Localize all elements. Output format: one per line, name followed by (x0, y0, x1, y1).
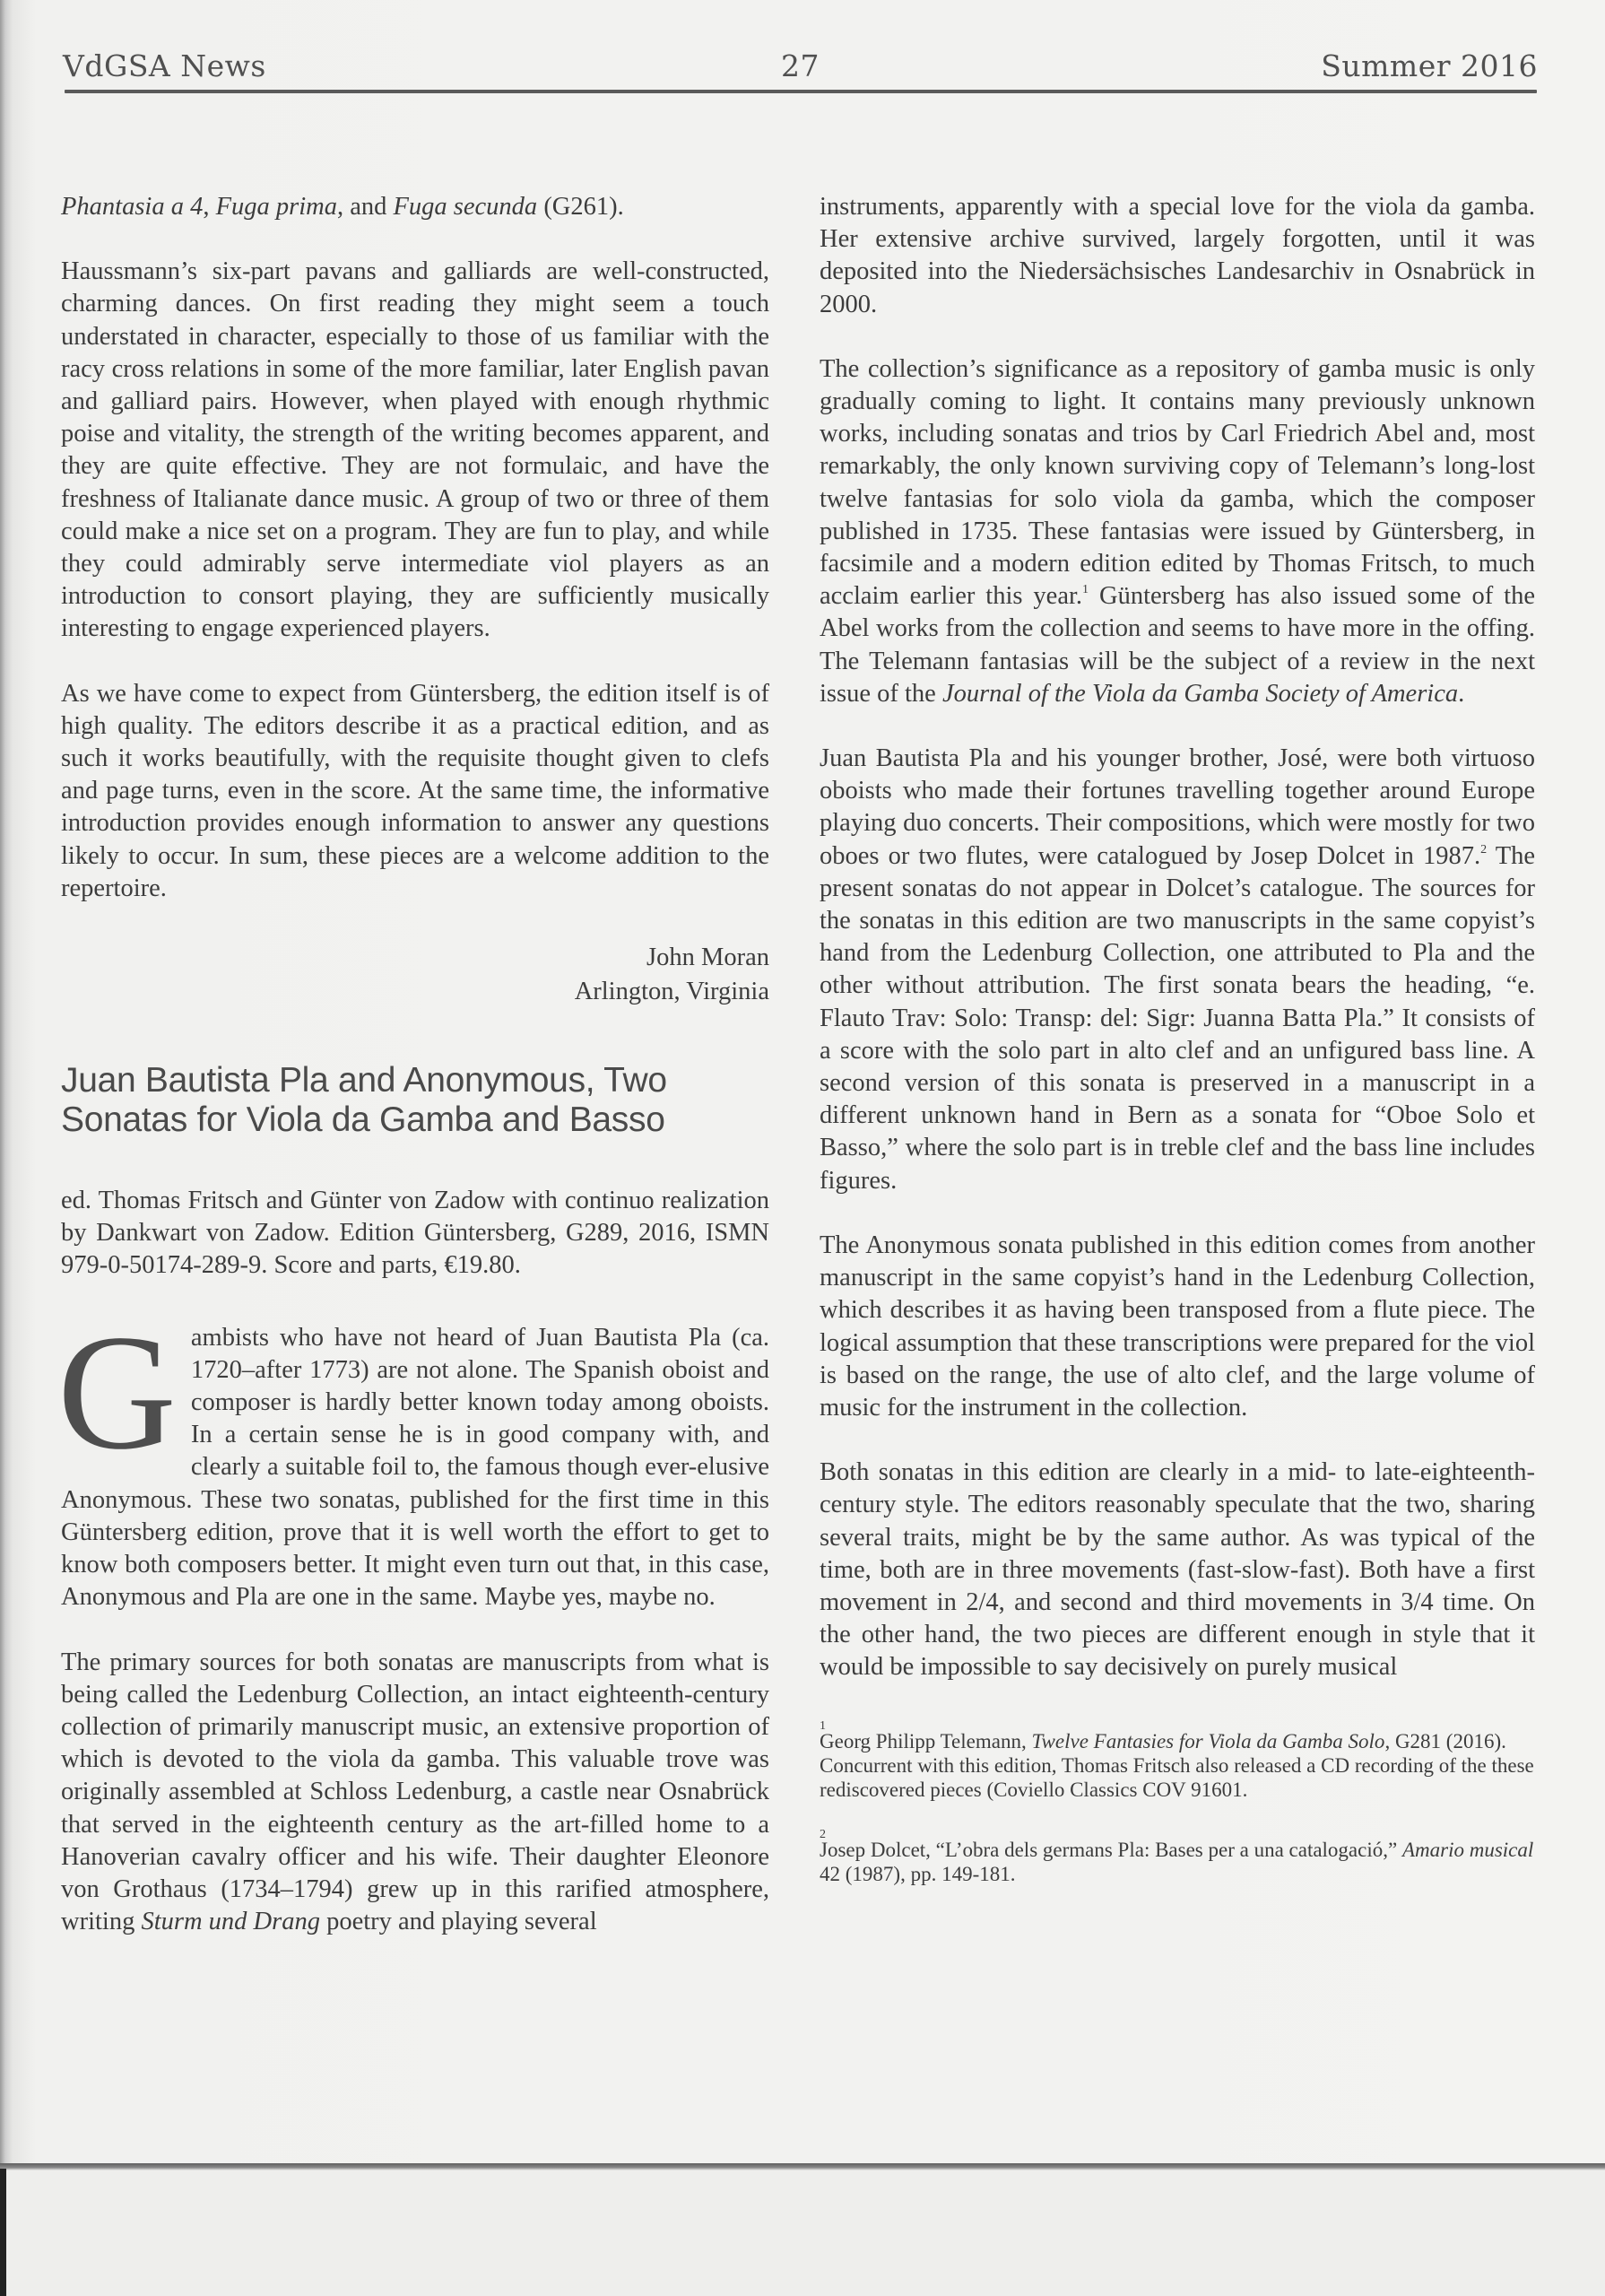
text: Josep Dolcet, “L’obra dels germans Pla: … (820, 1839, 1402, 1861)
work-title: Fuga prima (216, 193, 337, 221)
reviewer-signature: John Moran Arlington, Virginia (61, 941, 769, 1009)
reviewer-name: John Moran (61, 941, 769, 975)
scanner-edge (0, 2169, 6, 2296)
reviewer-location: Arlington, Virginia (61, 975, 769, 1009)
paragraph: Juan Bautista Pla and his younger brothe… (820, 743, 1535, 1197)
footnote-ref: 1 (1082, 583, 1089, 596)
edition-citation: ed. Thomas Fritsch and Günter von Zadow … (61, 1185, 769, 1283)
text: , (203, 193, 215, 221)
text: 42 (1987), pp. 149-181. (820, 1863, 1015, 1885)
issue-date: Summer 2016 (1321, 48, 1538, 83)
paragraph-with-dropcap: Gambists who have not heard of Juan Baut… (61, 1322, 769, 1614)
text: , and (337, 193, 394, 221)
footnotes: 1 Georg Philipp Telemann, Twelve Fantasi… (820, 1720, 1535, 1886)
footnote-1: 1 Georg Philipp Telemann, Twelve Fantasi… (820, 1720, 1535, 1802)
footnote-2: 2 Josep Dolcet, “L’obra dels germans Pla… (820, 1829, 1535, 1886)
right-column: instruments, apparently with a special l… (820, 191, 1535, 1913)
page-edge-shadow (0, 2163, 1605, 2170)
text: The primary sources for both sonatas are… (61, 1648, 769, 1936)
text: Georg Philipp Telemann, (820, 1730, 1031, 1752)
text: Juan Bautista Pla and his younger brothe… (820, 744, 1535, 870)
journal-title: Journal of the Viola da Gamba Society of… (942, 680, 1458, 708)
paragraph: The primary sources for both sonatas are… (61, 1647, 769, 1939)
journal-title: Amario musical (1402, 1839, 1533, 1861)
paragraph-works-list: Phantasia a 4, Fuga prima, and Fuga secu… (61, 191, 769, 223)
page-number: 27 (63, 48, 1538, 83)
paragraph: Both sonatas in this edition are clearly… (820, 1457, 1535, 1683)
text: poetry and playing several (320, 1908, 597, 1935)
left-column: Phantasia a 4, Fuga prima, and Fuga secu… (61, 191, 769, 1938)
text: . (1458, 680, 1464, 708)
paragraph: As we have come to expect from Güntersbe… (61, 678, 769, 905)
text: The present sonatas do not appear in Dol… (820, 842, 1535, 1195)
work-title: Phantasia a 4 (61, 193, 203, 221)
text: (G261). (537, 193, 624, 221)
running-header: VdGSA News 27 Summer 2016 (63, 48, 1538, 91)
paragraph: The Anonymous sonata published in this e… (820, 1230, 1535, 1424)
italic-term: Sturm und Drang (141, 1908, 320, 1935)
review-title: Juan Bautista Pla and Anonymous, Two Son… (61, 1061, 769, 1140)
work-title: Fuga secunda (394, 193, 538, 221)
drop-cap: G (57, 1329, 177, 1455)
paragraph: Haussmann’s six-part pavans and galliard… (61, 256, 769, 645)
paragraph: instruments, apparently with a special l… (820, 191, 1535, 321)
paragraph: The collection’s significance as a repos… (820, 353, 1535, 710)
text: The collection’s significance as a repos… (820, 355, 1535, 610)
header-rule (65, 90, 1537, 93)
work-title: Twelve Fantasies for Viola da Gamba Solo (1031, 1730, 1384, 1752)
